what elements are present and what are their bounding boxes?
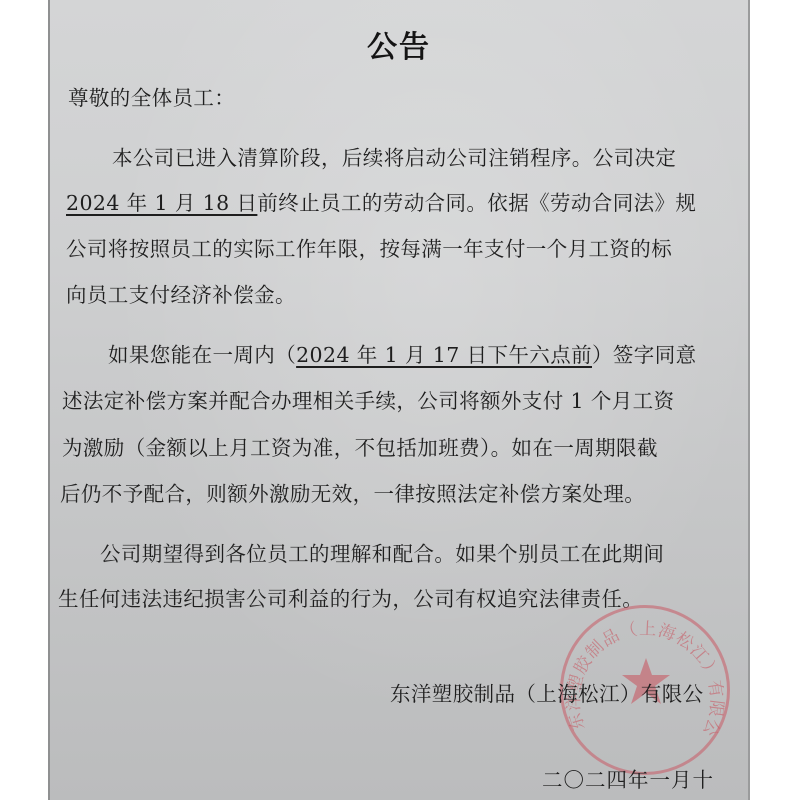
notice-paper: 公告 尊敬的全体员工： 本公司已进入清算阶段，后续将启动公司注销程序。公司决定 …	[48, 0, 750, 800]
text-segment: 述法定补偿方案并配合办理相关手续，公司将额外支付 1 个月工资	[62, 389, 674, 413]
text-segment: ）签字同意	[592, 343, 697, 367]
text-segment: 生任何违法违纪损害公司利益的行为，公司有权追究法律责任。	[58, 587, 643, 611]
paragraph-2-line-3: 为激励（金额以上月工资为准，不包括加班费）。如在一周期限截	[62, 435, 658, 461]
paragraph-3-line-1: 公司期望得到各位员工的理解和配合。如果个别员工在此期间	[100, 541, 664, 567]
paragraph-1-line-2: 2024 年 1 月 18 日前终止员工的劳动合同。依据《劳动合同法》规	[66, 190, 696, 216]
salutation: 尊敬的全体员工：	[68, 85, 235, 111]
text-segment: 如果您能在一周内（	[108, 343, 296, 367]
text-segment: 前终止员工的劳动合同。依据《劳动合同法》规	[257, 191, 696, 215]
text-segment: 向员工支付经济补偿金。	[66, 283, 296, 307]
paragraph-3-line-2: 生任何违法违纪损害公司利益的行为，公司有权追究法律责任。	[58, 586, 643, 612]
notice-date: 二〇二四年一月十	[542, 767, 714, 793]
text-segment: 为激励（金额以上月工资为准，不包括加班费）。如在一周期限截	[62, 436, 658, 460]
paragraph-2-line-2: 述法定补偿方案并配合办理相关手续，公司将额外支付 1 个月工资	[62, 388, 674, 414]
paragraph-2-line-4: 后仍不予配合，则额外激励无效，一律按照法定补偿方案处理。	[60, 481, 645, 507]
text-segment: 本公司已进入清算阶段，后续将启动公司注销程序。公司决定	[112, 146, 676, 170]
signing-company-name: 东洋塑胶制品（上海松江）有限公	[390, 681, 704, 707]
paragraph-1-line-1: 本公司已进入清算阶段，后续将启动公司注销程序。公司决定	[112, 145, 676, 171]
paragraph-1-line-3: 公司将按照员工的实际工作年限，按每满一年支付一个月工资的标	[66, 236, 672, 262]
text-segment: 公司期望得到各位员工的理解和配合。如果个别员工在此期间	[100, 542, 664, 566]
notice-title: 公告	[50, 22, 748, 66]
text-segment: 公司将按照员工的实际工作年限，按每满一年支付一个月工资的标	[66, 237, 672, 261]
paragraph-1-line-4: 向员工支付经济补偿金。	[66, 282, 296, 308]
signing-deadline-underlined: 2024 年 1 月 17 日下午六点前	[296, 343, 592, 367]
paragraph-2-line-1: 如果您能在一周内（2024 年 1 月 17 日下午六点前）签字同意	[108, 342, 697, 368]
screenshot-frame: 公告 尊敬的全体员工： 本公司已进入清算阶段，后续将启动公司注销程序。公司决定 …	[0, 0, 800, 800]
termination-date-underlined: 2024 年 1 月 18 日	[66, 191, 257, 215]
text-segment: 后仍不予配合，则额外激励无效，一律按照法定补偿方案处理。	[60, 482, 645, 506]
